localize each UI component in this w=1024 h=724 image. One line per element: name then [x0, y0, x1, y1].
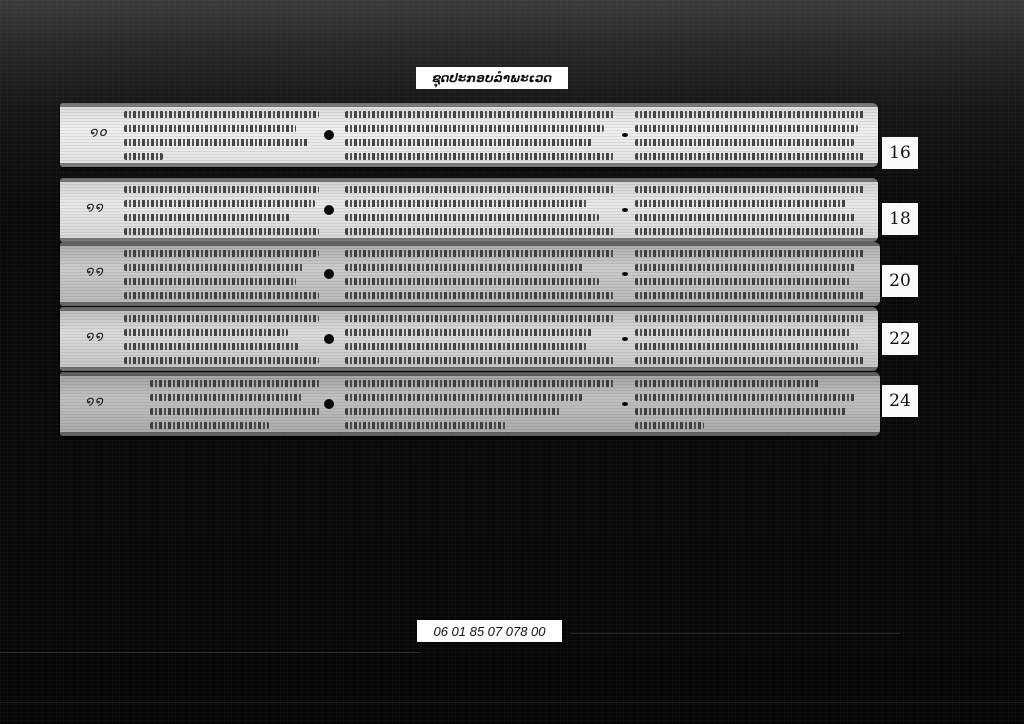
script-line	[345, 111, 615, 118]
binding-hole	[324, 334, 334, 344]
script-line	[635, 422, 704, 429]
script-line	[124, 111, 319, 118]
script-line	[635, 278, 851, 285]
script-line	[124, 343, 300, 350]
page-number-text: 20	[889, 271, 911, 291]
script-line	[345, 200, 588, 207]
script-line	[124, 250, 319, 257]
page-number-text: 24	[889, 391, 911, 411]
collection-title-label: ຊຸດປະກອບລຳພະເວດ	[416, 67, 568, 89]
script-line	[124, 329, 288, 336]
text-column	[345, 311, 615, 367]
script-line	[345, 278, 599, 285]
script-line	[345, 186, 615, 193]
script-line	[124, 214, 290, 221]
script-line	[635, 214, 856, 221]
script-line	[150, 380, 320, 387]
script-line	[150, 422, 269, 429]
binding-hole	[622, 337, 628, 341]
page-number-label: 16	[882, 137, 918, 169]
page-number-text: 18	[889, 209, 911, 229]
text-column	[345, 376, 615, 432]
script-line	[635, 111, 865, 118]
script-line	[124, 292, 319, 299]
script-line	[345, 329, 593, 336]
script-line	[345, 250, 615, 257]
script-line	[345, 228, 615, 235]
page-number-text: 16	[889, 143, 911, 163]
folio-mark: ໑໑	[86, 329, 105, 344]
script-line	[635, 315, 865, 322]
script-line	[345, 315, 615, 322]
binding-hole	[622, 272, 628, 276]
script-line	[635, 250, 865, 257]
page-number-label: 24	[882, 385, 918, 417]
script-line	[345, 153, 615, 160]
script-line	[635, 394, 856, 401]
text-column	[345, 107, 615, 163]
manuscript-leaf: ໑໑	[60, 307, 878, 371]
text-column	[124, 246, 319, 302]
text-column	[635, 311, 865, 367]
manuscript-leaf: ໑໑	[60, 242, 880, 306]
text-column	[124, 311, 319, 367]
text-column	[345, 246, 615, 302]
script-line	[635, 357, 865, 364]
script-line	[124, 186, 319, 193]
leaf-edge	[60, 163, 878, 167]
script-line	[124, 315, 319, 322]
script-line	[345, 380, 615, 387]
script-line	[635, 200, 847, 207]
script-line	[345, 357, 615, 364]
leaf-edge	[60, 432, 880, 436]
script-line	[635, 125, 858, 132]
script-line	[124, 278, 296, 285]
script-line	[635, 292, 865, 299]
scan-artifact-line	[0, 652, 420, 653]
text-column	[635, 376, 865, 432]
script-line	[124, 228, 319, 235]
text-column	[124, 182, 319, 238]
leaf-edge	[60, 302, 880, 306]
page-number-text: 22	[889, 329, 911, 349]
binding-hole	[622, 133, 628, 137]
binding-hole	[622, 402, 628, 406]
script-line	[635, 153, 865, 160]
manuscript-leaf: ໑໑	[60, 178, 878, 242]
script-line	[635, 186, 865, 193]
script-line	[635, 343, 858, 350]
script-line	[124, 200, 315, 207]
script-line	[150, 394, 303, 401]
script-line	[124, 139, 309, 146]
page-number-label: 18	[882, 203, 918, 235]
script-line	[635, 264, 856, 271]
text-column	[635, 246, 865, 302]
script-line	[635, 228, 865, 235]
manuscript-leaf: ໑໑	[60, 372, 880, 436]
identifier-label: 06 01 85 07 078 00	[417, 620, 562, 642]
script-line	[124, 264, 303, 271]
script-line	[124, 153, 163, 160]
binding-hole	[324, 130, 334, 140]
script-line	[345, 408, 561, 415]
binding-hole	[324, 399, 334, 409]
script-line	[124, 125, 296, 132]
scan-artifact-line	[0, 702, 1024, 703]
text-column	[150, 376, 320, 432]
binding-hole	[324, 205, 334, 215]
script-line	[345, 394, 583, 401]
text-column	[635, 107, 865, 163]
script-line	[345, 343, 588, 350]
script-line	[124, 357, 319, 364]
script-line	[635, 329, 851, 336]
script-line	[345, 264, 583, 271]
scan-artifact-line	[570, 633, 900, 634]
text-column	[124, 107, 319, 163]
folio-mark: ໑໑	[86, 200, 105, 215]
leaf-edge	[60, 367, 878, 371]
script-line	[345, 292, 615, 299]
script-line	[635, 380, 819, 387]
script-line	[150, 408, 320, 415]
folio-mark: ໑໐	[90, 125, 109, 140]
page-number-label: 20	[882, 265, 918, 297]
manuscript-leaf: ໑໐	[60, 103, 878, 167]
script-line	[345, 125, 604, 132]
script-line	[635, 408, 847, 415]
text-column	[635, 182, 865, 238]
collection-title-text: ຊຸດປະກອບລຳພະເວດ	[432, 71, 552, 85]
script-line	[345, 139, 593, 146]
identifier-text: 06 01 85 07 078 00	[433, 624, 545, 639]
folio-mark: ໑໑	[86, 264, 105, 279]
page-number-label: 22	[882, 323, 918, 355]
folio-mark: ໑໑	[86, 394, 105, 409]
script-line	[345, 214, 599, 221]
binding-hole	[622, 208, 628, 212]
script-line	[345, 422, 507, 429]
binding-hole	[324, 269, 334, 279]
script-line	[635, 139, 854, 146]
text-column	[345, 182, 615, 238]
